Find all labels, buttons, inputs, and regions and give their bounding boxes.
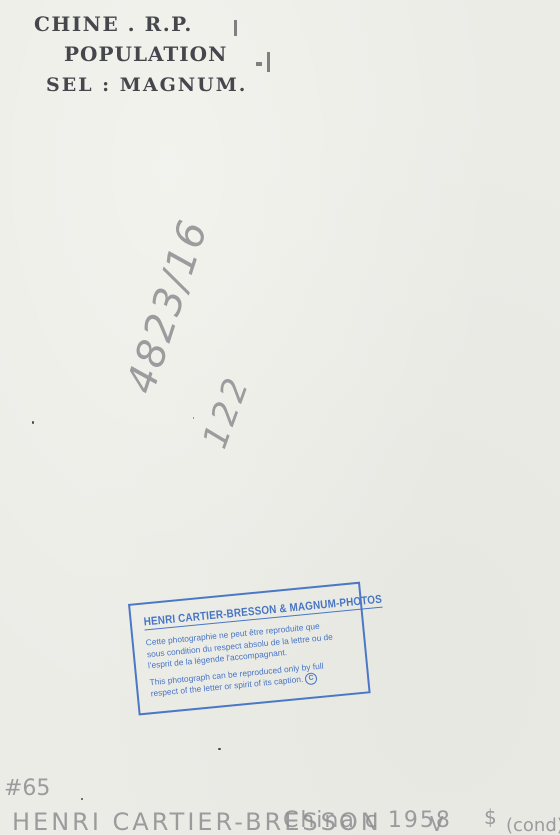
stamp-line-selection: SEL : MAGNUM. bbox=[46, 76, 247, 95]
dust-speck bbox=[193, 417, 194, 419]
copyright-icon: C bbox=[305, 672, 318, 685]
dust-speck bbox=[218, 748, 221, 750]
stamp-line-country: CHINE . R.P. bbox=[34, 14, 193, 34]
check-mark-note: V bbox=[430, 812, 444, 835]
copyright-stamp-body: Cette photographie ne peut être reprodui… bbox=[145, 618, 357, 701]
dust-speck bbox=[81, 798, 83, 800]
price-mark-note: $ bbox=[484, 805, 497, 829]
photo-back-paper bbox=[0, 0, 560, 835]
place-date-note: China c 1958 bbox=[283, 808, 452, 833]
dust-speck bbox=[32, 421, 34, 424]
stamp-line-subject: POPULATION bbox=[64, 44, 227, 64]
stamp-smudge bbox=[234, 20, 237, 36]
copyright-stamp: HENRI CARTIER-BRESSON & MAGNUM-PHOTOS Ce… bbox=[128, 582, 371, 716]
reference-note: #65 bbox=[4, 776, 50, 801]
stamp-smudge bbox=[267, 52, 270, 72]
stamp-smudge bbox=[256, 62, 262, 66]
condition-note: (cond) bbox=[506, 815, 560, 835]
